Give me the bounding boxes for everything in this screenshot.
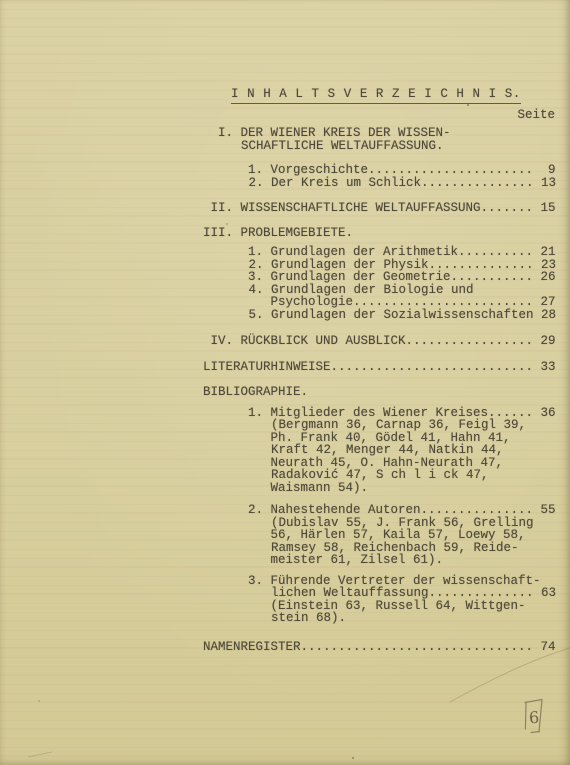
toc-line: Waismann 54). [203, 482, 563, 495]
toc-lines: I. DER WIENER KREIS DER WISSEN- SCHAFTLI… [203, 127, 563, 653]
toc-block: 3. Führende Vertreter der wissenschaft- … [203, 575, 563, 625]
toc-block: I. DER WIENER KREIS DER WISSEN- SCHAFTLI… [203, 127, 563, 152]
toc-line: II. WISSENSCHAFTLICHE WELTAUFFASSUNG....… [203, 202, 563, 215]
toc-line: SCHAFTLICHE WELTAUFFASSUNG. [204, 140, 564, 153]
toc-line: 2. Der Kreis um Schlick............... 1… [204, 177, 564, 190]
toc-line: III. PROBLEMGEBIETE. [203, 227, 563, 240]
toc-line: NAMENREGISTER...........................… [203, 641, 563, 654]
toc-block: IV. RÜCKBLICK UND AUSBLICK..............… [203, 335, 563, 348]
toc-block: 1. Vorgeschichte...................... 9… [203, 164, 563, 189]
page-column-label: Seite [517, 108, 555, 122]
toc-block: NAMENREGISTER...........................… [203, 641, 563, 654]
toc-line: LITERATURHINWEISE.......................… [203, 361, 563, 374]
toc-line: (Dubislav 55, J. Frank 56, Grelling [204, 517, 564, 530]
toc-block: 1. Grundlagen der Arithmetik.......... 2… [203, 246, 563, 321]
handwritten-page-number-mark: 6 [522, 697, 548, 739]
toc-line: 2. Grundlagen der Physik.............. 2… [204, 259, 564, 272]
bracket-left-line [525, 702, 526, 729]
toc-line: (Bergmann 36, Carnap 36, Feigl 39, [204, 419, 564, 432]
toc-block: II. WISSENSCHAFTLICHE WELTAUFFASSUNG....… [203, 202, 563, 215]
toc-line: Radaković 47, S ch l i ck 47, [204, 469, 564, 482]
handwritten-number: 6 [528, 708, 539, 728]
scanned-document-page: I N H A L T S V E R Z E I C H N I S. Sei… [0, 0, 570, 765]
toc-line: 5. Grundlagen der Sozialwissenschaften 2… [204, 309, 564, 322]
bracket-bottom-tick [531, 732, 540, 733]
toc-line: stein 68). [204, 612, 564, 625]
toc-line: IV. RÜCKBLICK UND AUSBLICK..............… [203, 335, 563, 348]
toc-line: meister 61, Zilsel 61). [203, 554, 563, 567]
toc-block: 1. Mitglieder des Wiener Kreises...... 3… [203, 407, 563, 495]
toc-line: Kraft 42, Menger 44, Natkin 44, [204, 444, 564, 457]
ink-speck [0, 0, 2, 2]
toc-line: Ramsey 58, Reichenbach 59, Reide- [204, 542, 564, 555]
toc-line: BIBLIOGRAPHIE. [203, 386, 563, 399]
toc-block: LITERATURHINWEISE.......................… [203, 361, 563, 374]
toc-block: 2. Nahestehende Autoren............... 5… [203, 504, 563, 567]
bracket-right-line [539, 700, 542, 733]
toc-line: lichen Weltauffassung.............. 63 [204, 587, 564, 600]
toc-block: III. PROBLEMGEBIETE. [203, 227, 563, 240]
toc-block: BIBLIOGRAPHIE. [203, 386, 563, 399]
toc-line: 4. Grundlagen der Biologie und [204, 284, 564, 297]
bracket-top-line [525, 700, 542, 703]
page-title: I N H A L T S V E R Z E I C H N I S. [231, 87, 521, 104]
